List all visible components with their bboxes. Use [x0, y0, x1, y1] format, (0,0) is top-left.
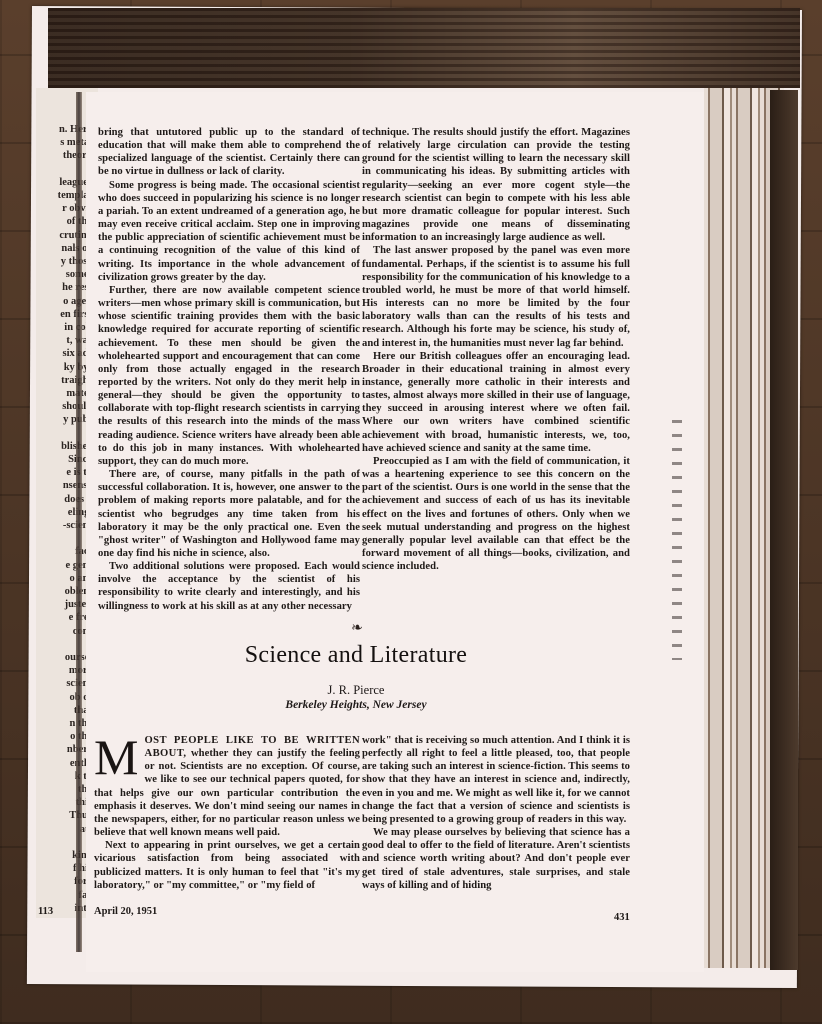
- fragment-line: six ad-: [36, 348, 92, 360]
- paragraph: The last answer proposed by the panel wa…: [362, 244, 630, 349]
- fragment-line: Since: [36, 454, 92, 466]
- paragraph: bring that untutored public up to the st…: [98, 126, 360, 179]
- paragraph: Two additional solutions were proposed. …: [98, 560, 360, 613]
- fragment-line: at-: [36, 824, 92, 836]
- fragment-line: of the: [36, 216, 92, 228]
- fragment-line: ently: [36, 758, 92, 770]
- fragment-line: fore: [36, 876, 92, 888]
- fragment-line: theory: [36, 150, 92, 162]
- paragraph: technique. The results should justify th…: [362, 126, 630, 244]
- fragment-line: templa-: [36, 190, 92, 202]
- fragment-line: y pub-: [36, 414, 92, 426]
- fragment-line: more: [36, 665, 92, 677]
- fragment-line: this: [36, 797, 92, 809]
- fragment-line: the: [36, 784, 92, 796]
- article-title: Science and Literature: [186, 642, 526, 669]
- book-gutter: [76, 92, 82, 952]
- fragment-line: en first: [36, 309, 92, 321]
- fragment-line: should: [36, 401, 92, 413]
- fragment-line: blisher: [36, 441, 92, 453]
- page-number: 431: [614, 912, 630, 923]
- fragment-line: nbers: [36, 744, 92, 756]
- author-affiliation: Berkeley Heights, New Jersey: [236, 699, 476, 711]
- fragment-line: -scien-: [36, 520, 92, 532]
- paragraph: Next to appearing in print ourselves, we…: [94, 839, 360, 892]
- paragraph: Some progress is being made. The occasio…: [98, 179, 360, 284]
- fragment-line: r obvi-: [36, 203, 92, 215]
- fragment-line: n the: [36, 718, 92, 730]
- section-ornament-icon: ❧: [332, 620, 382, 637]
- fragment-line: does a: [36, 494, 92, 506]
- article-left-column: M OST PEOPLE LIKE TO BE WRITTEN ABOUT, w…: [94, 734, 360, 892]
- fragment-line: nals or: [36, 243, 92, 255]
- fragment-line: traight: [36, 375, 92, 387]
- paragraph: Preoccupied as I am with the field of co…: [362, 455, 630, 573]
- fragment-line: crutiny: [36, 230, 92, 242]
- fragment-line: con-: [36, 626, 92, 638]
- fragment-line: far: [36, 890, 92, 902]
- bleed-through-marks: [672, 420, 682, 660]
- upper-right-column: technique. The results should justify th…: [362, 126, 630, 573]
- upper-left-column: bring that untutored public up to the st…: [98, 126, 360, 613]
- binding-shadow-right: [770, 90, 798, 970]
- fragment-line: some-: [36, 269, 92, 281]
- article-author: J. R. Pierce: [236, 683, 476, 698]
- fragment-line: justed: [36, 599, 92, 611]
- fragment-line: t, was: [36, 335, 92, 347]
- fragment-line: k to: [36, 771, 92, 783]
- fragment-line: in col-: [36, 322, 92, 334]
- paragraph: Here our British colleagues offer an enc…: [362, 350, 630, 455]
- facing-page-number: 113: [38, 906, 53, 917]
- fragment-line: scien-: [36, 678, 92, 690]
- issue-date: April 20, 1951: [94, 906, 157, 917]
- fragment-line: s metal: [36, 137, 92, 149]
- drop-cap: M: [94, 736, 139, 778]
- fragment-line: nsense: [36, 480, 92, 492]
- fragment-line: ourse,: [36, 652, 92, 664]
- fragment-line: f his: [36, 863, 92, 875]
- fragment-line: he rest: [36, 282, 92, 294]
- fragment-line: o age": [36, 296, 92, 308]
- fragment-line: n. Here: [36, 124, 92, 136]
- fragment-line: fact: [36, 546, 92, 558]
- fragment-line: e gen-: [36, 560, 92, 572]
- fragment-line: oblem: [36, 586, 92, 598]
- fragment-line: leagues: [36, 177, 92, 189]
- fragment-line: o an-: [36, 573, 92, 585]
- paragraph: There are, of course, many pitfalls in t…: [98, 468, 360, 560]
- fragment-line: e is to: [36, 467, 92, 479]
- scan-top-shadow: [48, 8, 800, 88]
- fragment-line: king: [36, 850, 92, 862]
- fragment-line: ob of: [36, 692, 92, 704]
- fragment-line: o the: [36, 731, 92, 743]
- magazine-page: bring that untutored public up to the st…: [86, 92, 704, 972]
- fragment-line: ky by-: [36, 362, 92, 374]
- fragment-line: Thus: [36, 810, 92, 822]
- fragment-line: that: [36, 705, 92, 717]
- fragment-line: y those: [36, 256, 92, 268]
- paragraph: work" that is receiving so much attentio…: [362, 734, 630, 826]
- fragment-line: mate-: [36, 388, 92, 400]
- paragraph: Further, there are now available compete…: [98, 284, 360, 468]
- paragraph: We may please ourselves by believing tha…: [362, 826, 630, 892]
- article-right-column: work" that is receiving so much attentio…: [362, 734, 630, 892]
- fragment-line: e fre-: [36, 612, 92, 624]
- opening-paragraph: M OST PEOPLE LIKE TO BE WRITTEN ABOUT, w…: [94, 734, 360, 839]
- fragment-line: eling,: [36, 507, 92, 519]
